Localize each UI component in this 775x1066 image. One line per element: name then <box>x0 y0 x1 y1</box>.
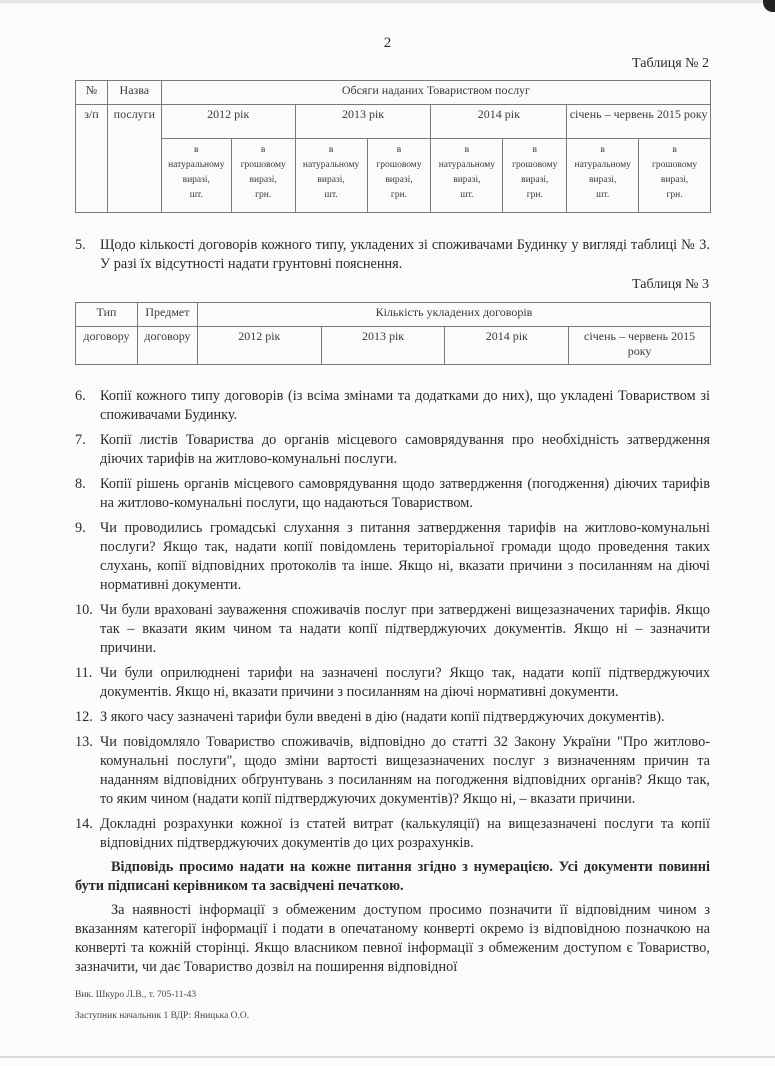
item-text: Копії листів Товариства до органів місце… <box>100 432 710 467</box>
document-page: 2 Таблиця № 2 № Назва Обсяги наданих Тов… <box>0 0 775 1066</box>
item-text: Щодо кількості договорів кожного типу, у… <box>100 237 710 272</box>
item-number: 8. <box>75 475 86 494</box>
header-name: Назва <box>107 81 161 105</box>
subheader-line: грн. <box>370 188 429 203</box>
request-item: 7.Копії листів Товариства до органів міс… <box>75 431 710 469</box>
subheader-line: грошовому <box>234 158 293 173</box>
subheader-line: грн. <box>234 188 293 203</box>
subheader-money: вгрошовомувиразі,грн. <box>231 139 295 213</box>
subheader-line: шт. <box>298 188 365 203</box>
item-number: 13. <box>75 733 93 752</box>
scan-bottom-edge <box>0 1056 775 1058</box>
table3-caption: Таблиця № 3 <box>632 277 709 293</box>
item-text: Чи повідомляло Товариство споживачів, ві… <box>100 734 710 807</box>
request-item: 8.Копії рішень органів місцевого самовря… <box>75 475 710 513</box>
request-item: 12.З якого часу зазначені тарифи були вв… <box>75 708 710 727</box>
subheader-line: в <box>370 143 429 158</box>
item-number: 14. <box>75 815 93 834</box>
period-2014: 2014 рік <box>445 327 569 365</box>
subheader-line: грошовому <box>370 158 429 173</box>
table-2: № Назва Обсяги наданих Товариством послу… <box>75 80 711 213</box>
request-item: 14.Докладні розрахунки кожної із статей … <box>75 815 710 853</box>
subheader-line: в <box>164 143 229 158</box>
header-no-2: з/п <box>76 105 108 213</box>
period-2012: 2012 рік <box>161 105 295 139</box>
period-2015: січень – червень 2015 року <box>567 105 711 139</box>
subheader-line: виразі, <box>641 173 708 188</box>
item-number: 5. <box>75 236 86 255</box>
item-text: З якого часу зазначені тарифи були введе… <box>100 709 665 725</box>
item-text: Копії кожного типу договорів (із всіма з… <box>100 388 710 423</box>
request-item: 6.Копії кожного типу договорів (із всіма… <box>75 387 710 425</box>
item-text: Копії рішень органів місцевого самовряду… <box>100 476 710 511</box>
request-item: 13.Чи повідомляло Товариство споживачів,… <box>75 733 710 809</box>
subheader-natural: внатуральномувиразі,шт. <box>567 139 639 213</box>
subheader-line: в <box>298 143 365 158</box>
subheader-line: грошовому <box>505 158 564 173</box>
item-number: 9. <box>75 519 86 538</box>
subheader-line: грошовому <box>641 158 708 173</box>
subheader-money: вгрошовомувиразі,грн. <box>503 139 567 213</box>
subheader-natural: внатуральномувиразі,шт. <box>295 139 367 213</box>
subheader-line: в <box>433 143 500 158</box>
header-subject-2: договору <box>137 327 197 365</box>
item-number: 7. <box>75 431 86 450</box>
header-contract-count: Кількість укладених договорів <box>197 303 710 327</box>
period-2013: 2013 рік <box>295 105 431 139</box>
table2-caption: Таблиця № 2 <box>632 56 709 72</box>
subheader-line: виразі, <box>164 173 229 188</box>
scan-corner-shadow <box>763 0 775 12</box>
subheader-line: виразі, <box>234 173 293 188</box>
period-2015: січень – червень 2015 року <box>569 327 711 365</box>
subheader-line: натуральному <box>569 158 636 173</box>
subheader-line: виразі, <box>370 173 429 188</box>
subheader-line: натуральному <box>433 158 500 173</box>
period-2012: 2012 рік <box>197 327 321 365</box>
item-text: Чи були враховані зауваження споживачів … <box>100 602 710 656</box>
subheader-line: виразі, <box>505 173 564 188</box>
period-2014: 2014 рік <box>431 105 567 139</box>
subheader-line: шт. <box>569 188 636 203</box>
subheader-natural: внатуральномувиразі,шт. <box>161 139 231 213</box>
header-name-2: послуги <box>107 105 161 213</box>
item-number: 12. <box>75 708 93 727</box>
item-text: Докладні розрахунки кожної із статей вит… <box>100 816 710 851</box>
subheader-line: виразі, <box>298 173 365 188</box>
subheader-line: в <box>505 143 564 158</box>
subheader-line: натуральному <box>298 158 365 173</box>
item-text: Чи проводились громадські слухання з пит… <box>100 520 710 593</box>
request-items-list: 6.Копії кожного типу договорів (із всіма… <box>75 387 710 859</box>
table-3: Тип Предмет Кількість укладених договорі… <box>75 302 711 365</box>
header-type-2: договору <box>76 327 138 365</box>
subheader-money: вгрошовомувиразі,грн. <box>367 139 431 213</box>
request-item: 9.Чи проводились громадські слухання з п… <box>75 519 710 595</box>
bold-note: Відповідь просимо надати на кожне питанн… <box>75 858 710 896</box>
header-no: № <box>76 81 108 105</box>
header-type: Тип <box>76 303 138 327</box>
request-item: 11.Чи були оприлюднені тарифи на зазначе… <box>75 664 710 702</box>
restricted-info-note: За наявності інформації з обмеженим дост… <box>75 901 710 977</box>
item-number: 10. <box>75 601 93 620</box>
item-text: Чи були оприлюднені тарифи на зазначені … <box>100 665 710 700</box>
scan-top-edge <box>0 0 775 3</box>
subheader-line: в <box>234 143 293 158</box>
subheader-line: в <box>641 143 708 158</box>
subheader-line: виразі, <box>569 173 636 188</box>
subheader-money: вгрошовомувиразі,грн. <box>639 139 711 213</box>
page-number: 2 <box>0 35 775 52</box>
subheader-line: шт. <box>433 188 500 203</box>
header-subject: Предмет <box>137 303 197 327</box>
subheader-line: шт. <box>164 188 229 203</box>
header-volumes: Обсяги наданих Товариством послуг <box>161 81 710 105</box>
period-2013: 2013 рік <box>321 327 445 365</box>
item-number: 6. <box>75 387 86 406</box>
request-item: 10.Чи були враховані зауваження споживач… <box>75 601 710 658</box>
item-5: 5.Щодо кількості договорів кожного типу,… <box>75 236 710 274</box>
subheader-line: грн. <box>505 188 564 203</box>
subheader-line: грн. <box>641 188 708 203</box>
footer-executor: Вик. Шкуро Л.В., т. 705-11-43 <box>75 990 196 1000</box>
subheader-line: виразі, <box>433 173 500 188</box>
subheader-line: натуральному <box>164 158 229 173</box>
subheader-natural: внатуральномувиразі,шт. <box>431 139 503 213</box>
item-number: 11. <box>75 664 92 683</box>
footer-deputy: Заступник начальник 1 ВДР: Яницька О.О. <box>75 1011 249 1021</box>
subheader-line: в <box>569 143 636 158</box>
